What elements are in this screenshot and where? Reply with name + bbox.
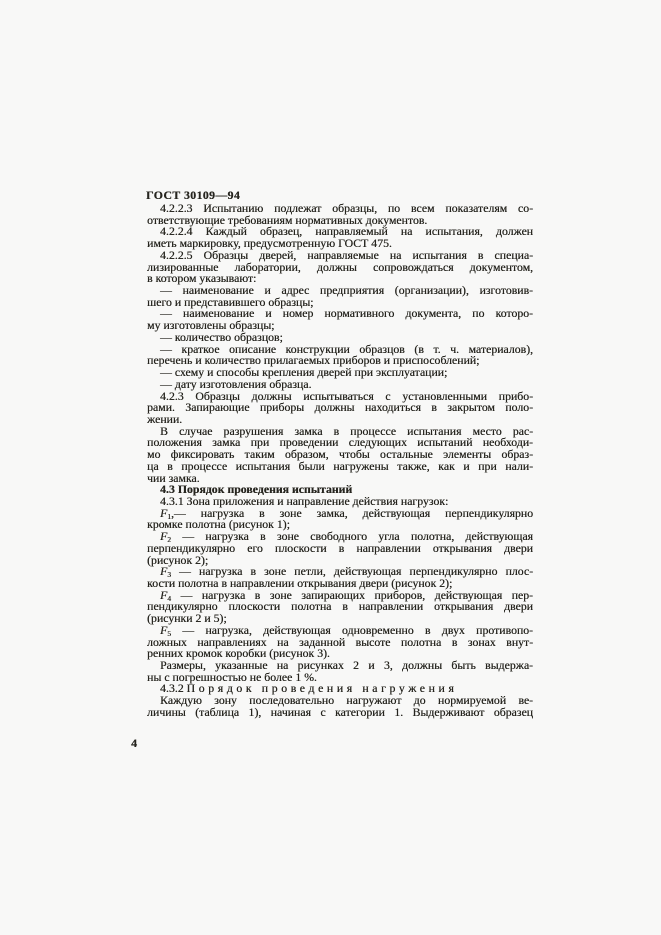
body-text: 4.2.2.3 Испытанию подлежат образцы, по в… [147,203,533,719]
text-line: ца в процессе испытания были нагружены т… [147,461,533,473]
page-number: 4 [131,736,137,751]
document-page: ГОСТ 30109—94 4.2.2.3 Испытанию подлежат… [0,0,661,935]
text-segment: рами. Запирающие приборы должны находить… [147,400,533,414]
text-line: личины (таблица 1), начиная с категории … [147,707,533,719]
text-segment: ца в процессе испытания были нагружены т… [147,459,533,473]
text-line: рами. Запирающие приборы должны находить… [147,402,533,414]
text-segment: личины (таблица 1), начиная с категории … [147,705,533,719]
